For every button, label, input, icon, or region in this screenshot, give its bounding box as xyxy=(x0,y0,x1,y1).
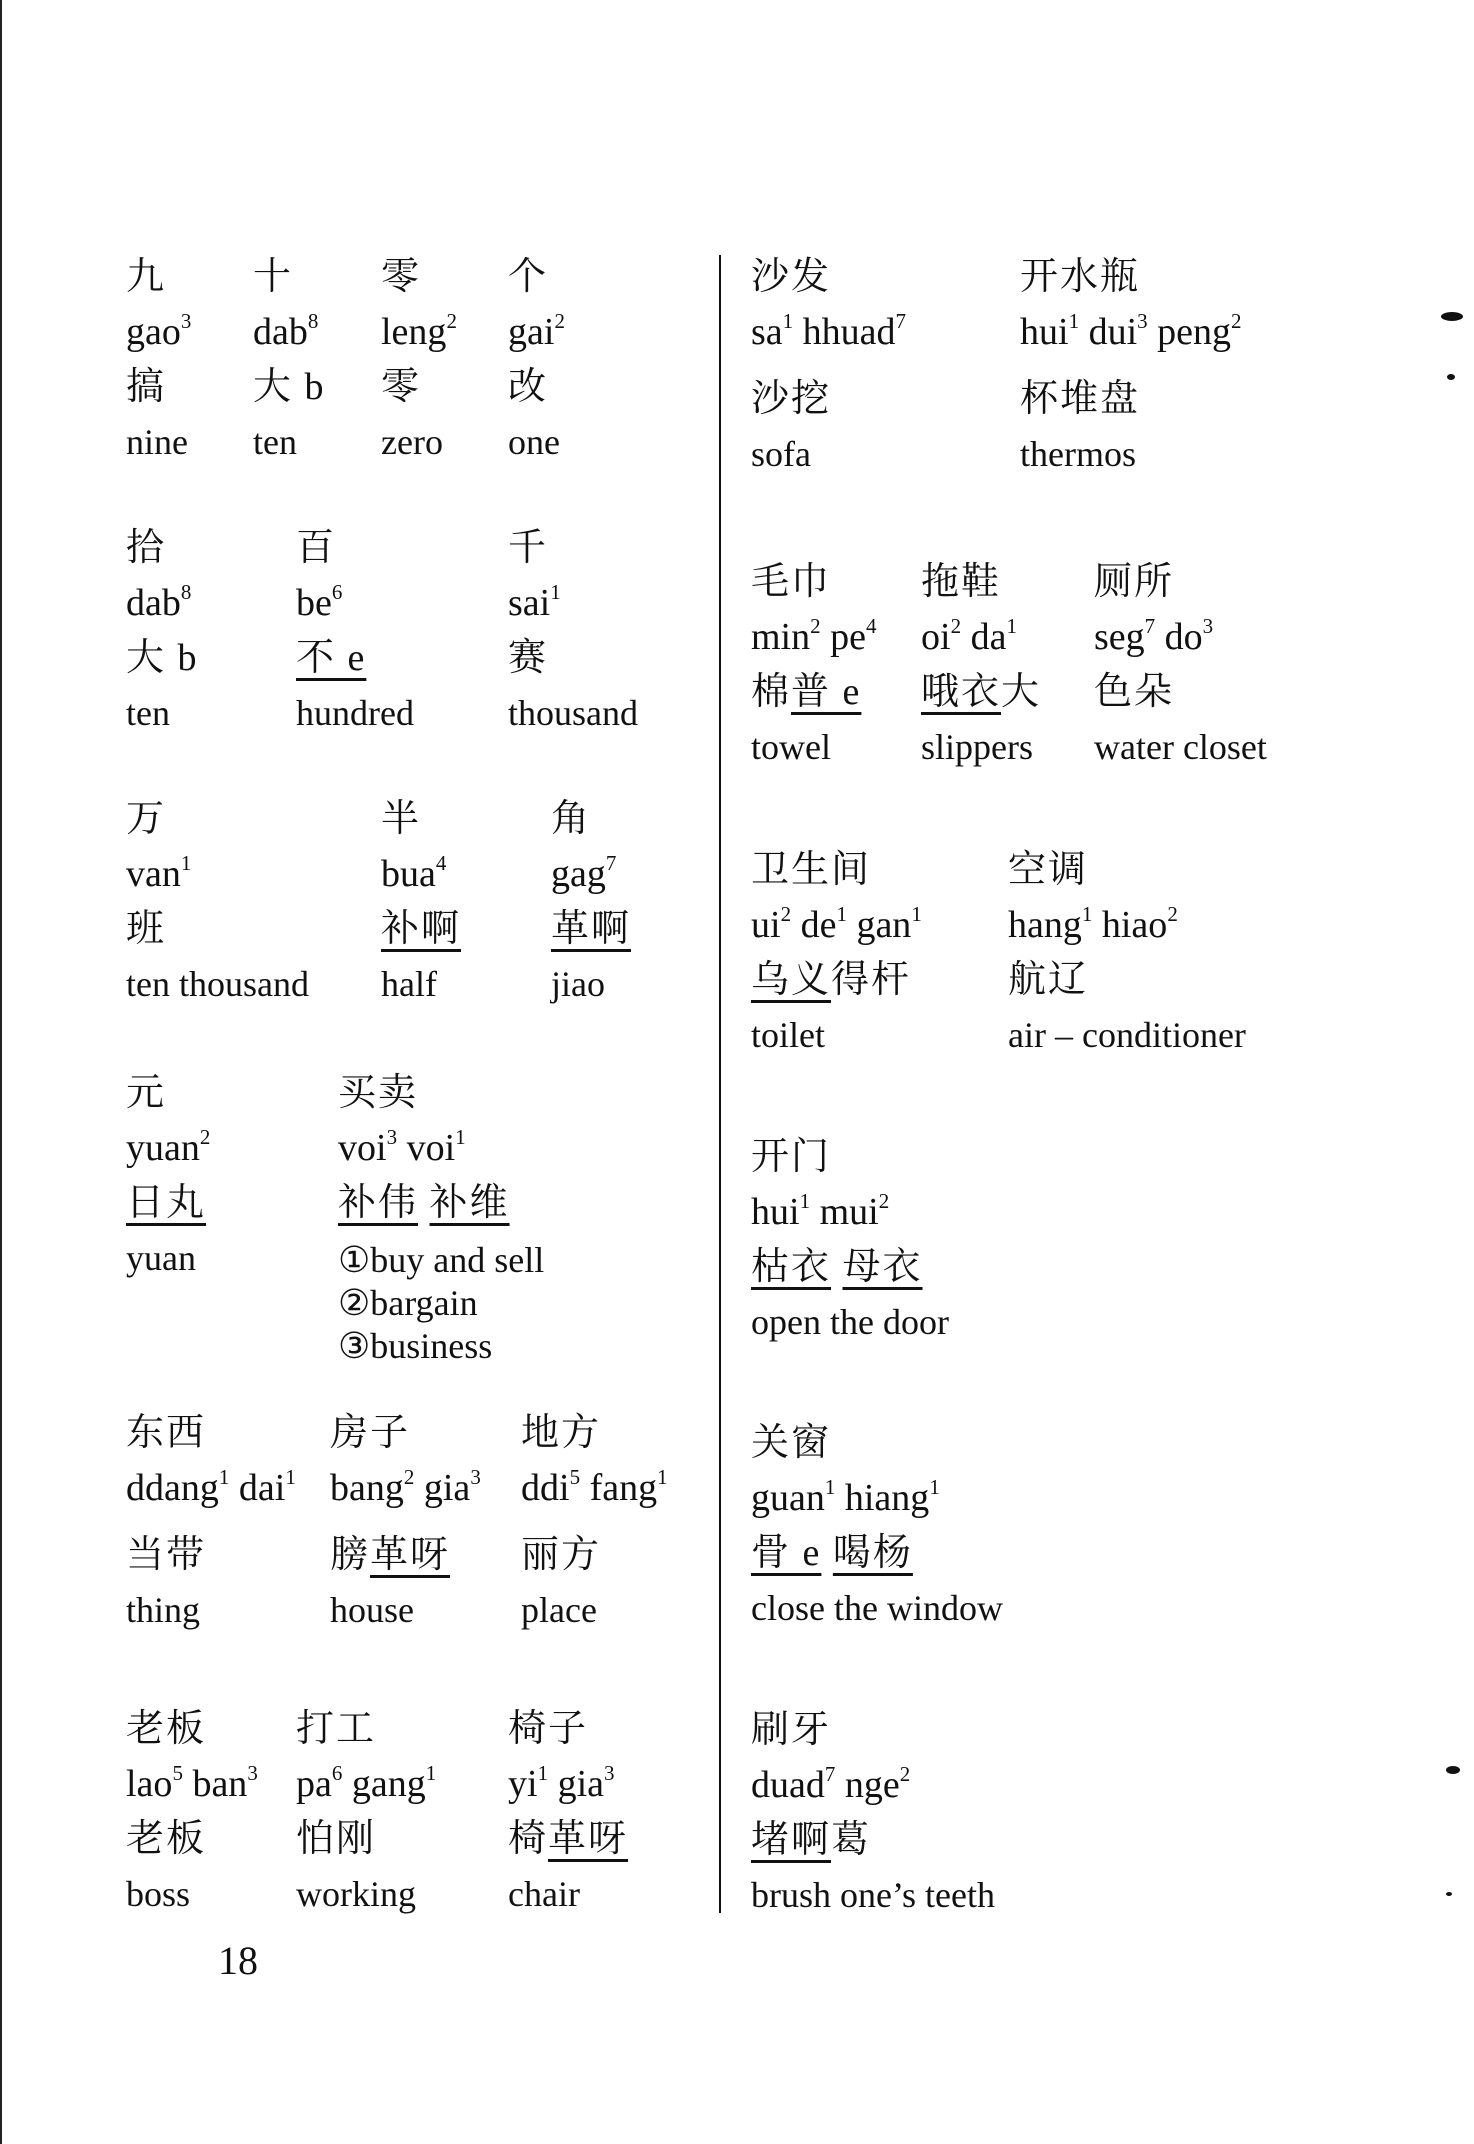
romanization: sai1 xyxy=(508,576,638,631)
syllable: ddi xyxy=(521,1467,570,1509)
homophone-hint: 补伟 补维 xyxy=(338,1176,544,1231)
romanization: min2 pe4 xyxy=(751,610,877,665)
tone-number: 5 xyxy=(172,1761,183,1785)
english-meaning: ten xyxy=(253,415,326,470)
syllable: nge xyxy=(845,1764,900,1806)
homophone-hint: 零 xyxy=(381,360,457,415)
homophone: 老板 xyxy=(126,1818,206,1860)
tone-number: 3 xyxy=(1203,614,1214,638)
syllable: dab xyxy=(253,311,308,353)
tone-number: 2 xyxy=(554,309,565,333)
tone-number: 5 xyxy=(570,1465,581,1489)
syllable: dui xyxy=(1089,311,1138,353)
tone-number: 1 xyxy=(836,902,847,926)
chinese-term: 拾 xyxy=(126,521,199,576)
underlined-homophone: 革呀 xyxy=(370,1534,450,1576)
tone-number: 1 xyxy=(538,1761,549,1785)
romanization: hang1 hiao2 xyxy=(1008,898,1246,953)
english-meaning: half xyxy=(381,957,461,1012)
vocab-entry: 买卖voi3 voi1补伟 补维①buy and sell②bargain③bu… xyxy=(338,1066,544,1368)
vocab-entry: 千sai1赛thousand xyxy=(508,521,638,741)
homophone: 葛 xyxy=(831,1819,871,1861)
vocab-entry: 开门hui1 mui2枯衣 母衣open the door xyxy=(751,1130,949,1350)
english-meaning: working xyxy=(296,1867,436,1922)
english-meaning: slippers xyxy=(921,720,1041,775)
homophone-hint: 哦衣大 xyxy=(921,665,1041,720)
vocab-entry: 拖鞋oi2 da1哦衣大slippers xyxy=(921,555,1041,775)
underlined-homophone: 革呀 xyxy=(548,1818,628,1860)
english-meaning: house xyxy=(330,1583,481,1638)
chinese-term: 沙发 xyxy=(751,250,906,305)
tone-number: 1 xyxy=(285,1465,296,1489)
chinese-term: 开水瓶 xyxy=(1020,250,1242,305)
chinese-term: 零 xyxy=(381,250,457,305)
english-meaning: close the window xyxy=(751,1581,1003,1636)
tone-number: 1 xyxy=(911,902,922,926)
tone-number: 1 xyxy=(181,851,192,875)
syllable: voi xyxy=(338,1127,387,1169)
english-meaning: sofa xyxy=(751,427,906,482)
syllable: hiao xyxy=(1102,904,1167,946)
homophone-hint: 骨 e 喝杨 xyxy=(751,1526,1003,1581)
tone-number: 3 xyxy=(247,1761,258,1785)
homophone-hint: 膀革呀 xyxy=(330,1528,481,1583)
tone-number: 2 xyxy=(1167,902,1178,926)
syllable: pe xyxy=(830,616,866,658)
chinese-term: 角 xyxy=(551,792,631,847)
romanization: dab8 xyxy=(253,305,326,360)
syllable: bua xyxy=(381,853,436,895)
romanization: hui1 dui3 peng2 xyxy=(1020,305,1242,360)
tone-number: 1 xyxy=(1006,614,1017,638)
english-meaning: boss xyxy=(126,1867,258,1922)
syllable: hiang xyxy=(845,1477,929,1519)
romanization: sa1 hhuad7 xyxy=(751,305,906,360)
chinese-term: 地方 xyxy=(521,1406,668,1461)
chinese-term: 开门 xyxy=(751,1130,949,1185)
syllable: voi xyxy=(407,1127,456,1169)
homophone-hint: 日丸 xyxy=(126,1176,210,1231)
homophone-hint: 色朵 xyxy=(1094,665,1267,720)
romanization: bang2 gia3 xyxy=(330,1461,481,1516)
english-meaning: open the door xyxy=(751,1295,949,1350)
syllable: dai xyxy=(239,1467,285,1509)
homophone: 沙挖 xyxy=(751,378,831,420)
tone-number: 2 xyxy=(1231,309,1242,333)
syllable: oi xyxy=(921,616,951,658)
homophone: 当带 xyxy=(126,1534,206,1576)
syllable: mui xyxy=(820,1191,879,1233)
homophone: 大 b xyxy=(126,637,199,679)
romanization: oi2 da1 xyxy=(921,610,1041,665)
syllable: duad xyxy=(751,1764,825,1806)
english-meaning: air – conditioner xyxy=(1008,1008,1246,1063)
english-meaning: chair xyxy=(508,1867,628,1922)
romanization: yuan2 xyxy=(126,1121,210,1176)
homophone-hint: 大 b xyxy=(126,631,199,686)
syllable: gai xyxy=(508,311,554,353)
english-meaning: water closet xyxy=(1094,720,1267,775)
syllable: hui xyxy=(1020,311,1069,353)
vocab-entry: 关窗guan1 hiang1骨 e 喝杨close the window xyxy=(751,1416,1003,1636)
tone-number: 3 xyxy=(387,1125,398,1149)
vocab-entry: 元yuan2日丸yuan xyxy=(126,1066,210,1286)
romanization: pa6 gang1 xyxy=(296,1757,436,1812)
homophone: 杯堆盘 xyxy=(1020,378,1140,420)
homophone-hint: 枯衣 母衣 xyxy=(751,1240,949,1295)
chinese-term: 老板 xyxy=(126,1702,258,1757)
syllable: yi xyxy=(508,1763,538,1805)
tone-number: 7 xyxy=(1145,614,1156,638)
underlined-homophone: 母衣 xyxy=(843,1246,923,1288)
underlined-homophone: 乌义 xyxy=(751,959,831,1001)
english-meaning: thermos xyxy=(1020,427,1242,482)
english-meaning: jiao xyxy=(551,957,631,1012)
spacer xyxy=(126,1516,296,1528)
syllable: gang xyxy=(352,1763,426,1805)
scan-speck xyxy=(1446,1766,1460,1774)
chinese-term: 厕所 xyxy=(1094,555,1267,610)
romanization: be6 xyxy=(296,576,414,631)
tone-number: 4 xyxy=(866,614,877,638)
chinese-term: 卫生间 xyxy=(751,843,922,898)
spacer xyxy=(751,360,906,372)
vocab-entry: 开水瓶hui1 dui3 peng2杯堆盘thermos xyxy=(1020,250,1242,482)
underlined-homophone: 补伟 xyxy=(338,1182,418,1224)
homophone: 得杆 xyxy=(831,959,911,1001)
homophone: 赛 xyxy=(508,637,548,679)
tone-number: 4 xyxy=(436,851,447,875)
homophone: 膀 xyxy=(330,1534,370,1576)
homophone-hint: 赛 xyxy=(508,631,638,686)
romanization: leng2 xyxy=(381,305,457,360)
underlined-homophone: 喝杨 xyxy=(833,1532,913,1574)
english-meaning: toilet xyxy=(751,1008,922,1063)
english-meaning: yuan xyxy=(126,1231,210,1286)
homophone-hint: 班 xyxy=(126,902,309,957)
syllable: bang xyxy=(330,1467,404,1509)
homophone: 怕刚 xyxy=(296,1818,376,1860)
tone-number: 1 xyxy=(800,1189,811,1213)
romanization: ui2 de1 gan1 xyxy=(751,898,922,953)
tone-number: 1 xyxy=(1082,902,1093,926)
homophone-hint: 丽方 xyxy=(521,1528,668,1583)
english-meaning: one xyxy=(508,415,565,470)
tone-number: 1 xyxy=(657,1465,668,1489)
tone-number: 3 xyxy=(604,1761,615,1785)
syllable: fang xyxy=(590,1467,658,1509)
vocab-entry: 九gao3搞nine xyxy=(126,250,191,470)
syllable: seg xyxy=(1094,616,1145,658)
tone-number: 1 xyxy=(825,1475,836,1499)
vocab-entry: 拾dab8大 bten xyxy=(126,521,199,741)
syllable: lao xyxy=(126,1763,172,1805)
tone-number: 2 xyxy=(879,1189,890,1213)
tone-number: 1 xyxy=(783,309,794,333)
spacer xyxy=(1020,360,1242,372)
homophone-hint: 革啊 xyxy=(551,902,631,957)
vocab-entry: 沙发sa1 hhuad7沙挖sofa xyxy=(751,250,906,482)
chinese-term: 十 xyxy=(253,250,326,305)
english-meaning: brush one’s teeth xyxy=(751,1868,995,1923)
chinese-term: 千 xyxy=(508,521,638,576)
chinese-term: 买卖 xyxy=(338,1066,544,1121)
homophone: 丽方 xyxy=(521,1534,601,1576)
syllable: sai xyxy=(508,582,550,624)
syllable: peng xyxy=(1157,311,1231,353)
chinese-term: 百 xyxy=(296,521,414,576)
homophone: 搞 xyxy=(126,366,166,408)
homophone-hint: 补啊 xyxy=(381,902,461,957)
underlined-homophone: 骨 e xyxy=(751,1532,821,1574)
romanization: van1 xyxy=(126,847,309,902)
english-meaning: ③business xyxy=(338,1325,544,1368)
english-meaning: nine xyxy=(126,415,191,470)
tone-number: 2 xyxy=(200,1125,211,1149)
homophone: 大 b xyxy=(253,366,326,408)
syllable: hang xyxy=(1008,904,1082,946)
tone-number: 1 xyxy=(219,1465,230,1489)
tone-number: 2 xyxy=(404,1465,415,1489)
homophone-hint: 怕刚 xyxy=(296,1812,436,1867)
syllable: hui xyxy=(751,1191,800,1233)
homophone-hint: 杯堆盘 xyxy=(1020,372,1242,427)
chinese-term: 关窗 xyxy=(751,1416,1003,1471)
chinese-term: 空调 xyxy=(1008,843,1246,898)
page-edge xyxy=(0,0,2,2144)
english-meaning: place xyxy=(521,1583,668,1638)
syllable: do xyxy=(1165,616,1203,658)
tone-number: 7 xyxy=(606,851,617,875)
underlined-homophone: 不 e xyxy=(296,637,366,679)
vocab-entry: 房子bang2 gia3膀革呀house xyxy=(330,1406,481,1638)
homophone: 零 xyxy=(381,366,421,408)
syllable: van xyxy=(126,853,181,895)
syllable: leng xyxy=(381,311,446,353)
english-meaning: ten xyxy=(126,686,199,741)
romanization: ddi5 fang1 xyxy=(521,1461,668,1516)
scan-speck xyxy=(1447,374,1455,380)
tone-number: 2 xyxy=(810,614,821,638)
underlined-homophone: 日丸 xyxy=(126,1182,206,1224)
romanization: yi1 gia3 xyxy=(508,1757,628,1812)
underlined-homophone: 补啊 xyxy=(381,908,461,950)
syllable: gao xyxy=(126,311,181,353)
english-meaning: thousand xyxy=(508,686,638,741)
english-meaning: towel xyxy=(751,720,877,775)
tone-number: 2 xyxy=(781,902,792,926)
syllable: gia xyxy=(558,1763,604,1805)
homophone: 班 xyxy=(126,908,166,950)
english-meaning: hundred xyxy=(296,686,414,741)
chinese-term: 元 xyxy=(126,1066,210,1121)
tone-number: 8 xyxy=(181,580,192,604)
syllable: sa xyxy=(751,311,783,353)
chinese-term: 万 xyxy=(126,792,309,847)
tone-number: 7 xyxy=(825,1762,836,1786)
syllable: be xyxy=(296,582,332,624)
syllable: ban xyxy=(192,1763,247,1805)
english-meaning-list: ①buy and sell②bargain③business xyxy=(338,1231,544,1368)
vocab-entry: 万van1班ten thousand xyxy=(126,792,309,1012)
tone-number: 1 xyxy=(426,1761,437,1785)
chinese-term: 东西 xyxy=(126,1406,296,1461)
chinese-term: 拖鞋 xyxy=(921,555,1041,610)
homophone-hint: 航辽 xyxy=(1008,953,1246,1008)
underlined-homophone: 哦衣 xyxy=(921,671,1001,713)
chinese-term: 椅子 xyxy=(508,1702,628,1757)
tone-number: 7 xyxy=(896,309,907,333)
homophone-hint: 乌义得杆 xyxy=(751,953,922,1008)
homophone: 色朵 xyxy=(1094,671,1174,713)
vocab-entry: 个gai2改one xyxy=(508,250,565,470)
underlined-homophone: 普 e xyxy=(791,671,861,713)
tone-number: 1 xyxy=(455,1125,466,1149)
tone-number: 2 xyxy=(900,1762,911,1786)
chinese-term: 个 xyxy=(508,250,565,305)
syllable: ddang xyxy=(126,1467,219,1509)
chinese-term: 房子 xyxy=(330,1406,481,1461)
english-meaning: ①buy and sell xyxy=(338,1239,544,1282)
romanization: gao3 xyxy=(126,305,191,360)
tone-number: 2 xyxy=(446,309,457,333)
romanization: guan1 hiang1 xyxy=(751,1471,1003,1526)
english-meaning: ②bargain xyxy=(338,1282,544,1325)
chinese-term: 毛巾 xyxy=(751,555,877,610)
chinese-term: 半 xyxy=(381,792,461,847)
syllable: dab xyxy=(126,582,181,624)
homophone-hint: 不 e xyxy=(296,631,414,686)
syllable: gag xyxy=(551,853,606,895)
homophone-hint: 大 b xyxy=(253,360,326,415)
romanization: gag7 xyxy=(551,847,631,902)
vocab-entry: 毛巾min2 pe4棉普 etowel xyxy=(751,555,877,775)
underlined-homophone: 革啊 xyxy=(551,908,631,950)
tone-number: 6 xyxy=(332,1761,343,1785)
vocab-entry: 百be6不 ehundred xyxy=(296,521,414,741)
scan-speck xyxy=(1441,312,1463,321)
underlined-homophone: 枯衣 xyxy=(751,1246,831,1288)
tone-number: 1 xyxy=(1069,309,1080,333)
homophone-hint: 改 xyxy=(508,360,565,415)
homophone: 改 xyxy=(508,366,548,408)
homophone-hint: 椅革呀 xyxy=(508,1812,628,1867)
page-number: 18 xyxy=(218,1937,258,1984)
tone-number: 8 xyxy=(308,309,319,333)
homophone-hint: 堵啊葛 xyxy=(751,1813,995,1868)
romanization: voi3 voi1 xyxy=(338,1121,544,1176)
syllable: da xyxy=(971,616,1007,658)
english-meaning: thing xyxy=(126,1583,296,1638)
romanization: bua4 xyxy=(381,847,461,902)
syllable: gia xyxy=(424,1467,470,1509)
syllable: yuan xyxy=(126,1127,200,1169)
vocab-entry: 椅子yi1 gia3椅革呀chair xyxy=(508,1702,628,1922)
syllable: de xyxy=(801,904,837,946)
vocab-entry: 东西ddang1 dai1当带thing xyxy=(126,1406,296,1638)
homophone: 航辽 xyxy=(1008,959,1088,1001)
romanization: ddang1 dai1 xyxy=(126,1461,296,1516)
underlined-homophone: 补维 xyxy=(430,1182,510,1224)
vocab-entry: 老板lao5 ban3老板boss xyxy=(126,1702,258,1922)
chinese-term: 刷牙 xyxy=(751,1703,995,1758)
english-meaning: zero xyxy=(381,415,457,470)
homophone-hint: 老板 xyxy=(126,1812,258,1867)
english-meaning: ten thousand xyxy=(126,957,309,1012)
homophone: 大 xyxy=(1001,671,1041,713)
scan-speck xyxy=(1446,1892,1452,1896)
syllable: pa xyxy=(296,1763,332,1805)
homophone-hint: 当带 xyxy=(126,1528,296,1583)
homophone: 棉 xyxy=(751,671,791,713)
vocab-entry: 厕所seg7 do3色朵water closet xyxy=(1094,555,1267,775)
syllable: gan xyxy=(856,904,911,946)
spacer xyxy=(330,1516,481,1528)
tone-number: 3 xyxy=(470,1465,481,1489)
romanization: duad7 nge2 xyxy=(751,1758,995,1813)
underlined-homophone: 堵啊 xyxy=(751,1819,831,1861)
vocab-entry: 零leng2零zero xyxy=(381,250,457,470)
tone-number: 6 xyxy=(332,580,343,604)
homophone-hint: 搞 xyxy=(126,360,191,415)
homophone-hint: 棉普 e xyxy=(751,665,877,720)
syllable: guan xyxy=(751,1477,825,1519)
romanization: gai2 xyxy=(508,305,565,360)
spacer xyxy=(521,1516,668,1528)
syllable: min xyxy=(751,616,810,658)
homophone-hint: 沙挖 xyxy=(751,372,906,427)
syllable: hhuad xyxy=(803,311,896,353)
vocab-entry: 卫生间ui2 de1 gan1乌义得杆toilet xyxy=(751,843,922,1063)
tone-number: 1 xyxy=(550,580,561,604)
vocab-entry: 地方ddi5 fang1丽方place xyxy=(521,1406,668,1638)
tone-number: 3 xyxy=(181,309,192,333)
vocab-entry: 十dab8大 bten xyxy=(253,250,326,470)
vocab-entry: 打工pa6 gang1怕刚working xyxy=(296,1702,436,1922)
romanization: hui1 mui2 xyxy=(751,1185,949,1240)
chinese-term: 打工 xyxy=(296,1702,436,1757)
column-divider xyxy=(719,255,721,1913)
vocab-entry: 刷牙duad7 nge2堵啊葛brush one’s teeth xyxy=(751,1703,995,1923)
romanization: seg7 do3 xyxy=(1094,610,1267,665)
tone-number: 1 xyxy=(929,1475,940,1499)
romanization: lao5 ban3 xyxy=(126,1757,258,1812)
tone-number: 2 xyxy=(951,614,962,638)
homophone: 椅 xyxy=(508,1818,548,1860)
tone-number: 3 xyxy=(1137,309,1148,333)
vocab-entry: 空调hang1 hiao2航辽air – conditioner xyxy=(1008,843,1246,1063)
vocab-entry: 半bua4补啊half xyxy=(381,792,461,1012)
vocab-entry: 角gag7革啊jiao xyxy=(551,792,631,1012)
syllable: ui xyxy=(751,904,781,946)
chinese-term: 九 xyxy=(126,250,191,305)
romanization: dab8 xyxy=(126,576,199,631)
